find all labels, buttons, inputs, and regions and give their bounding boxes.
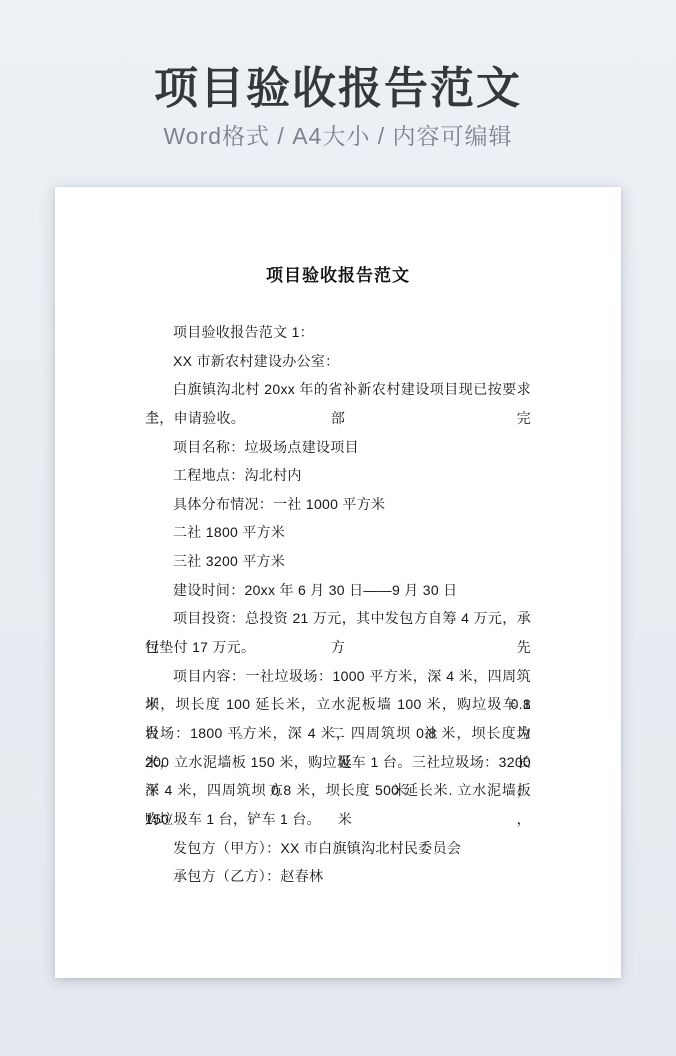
document-line: 米，坝长度 100 延长米，立水泥板墙 100 米，购垃圾车 1 台。二社垃	[145, 690, 531, 719]
document-line: 二社 1800 平方米	[145, 518, 531, 547]
document-title: 项目验收报告范文	[55, 187, 621, 288]
header-banner: 项目验收报告范文 Word格式 / A4大小 / 内容可编辑	[0, 0, 676, 150]
document-line: 白旗镇沟北村 20xx 年的省补新农村建设项目现已按要求全部完	[145, 375, 531, 404]
document-line: 具体分布情况：一社 1000 平方米	[145, 490, 531, 519]
document-line: 项目投资：总投资 21 万元，其中发包方自筹 4 万元，承包方先	[145, 604, 531, 633]
document-line: 项目内容：一社垃圾场：1000 平方米，深 4 米，四周筑坝 0.8	[145, 662, 531, 691]
document-line: 项目验收报告范文 1：	[145, 318, 531, 347]
document-line: 圾场：1800 平方米，深 4 米，四周筑坝 0.8 米，坝长度为 200 延长	[145, 719, 531, 748]
document-line: 项目名称：垃圾场点建设项目	[145, 433, 531, 462]
document-body: 项目验收报告范文 1：XX 市新农村建设办公室：白旗镇沟北村 20xx 年的省补…	[145, 318, 531, 891]
document-line: 工程地点：沟北村内	[145, 461, 531, 490]
document-line: 发包方（甲方）：XX 市白旗镇沟北村民委员会	[145, 834, 531, 863]
document-line: 承包方（乙方）：赵春林	[145, 862, 531, 891]
document-page: 项目验收报告范文 项目验收报告范文 1：XX 市新农村建设办公室：白旗镇沟北村 …	[55, 187, 621, 978]
document-line: 深 4 米，四周筑坝 0.8 米，坝长度 500 延长米. 立水泥墙板 150 …	[145, 776, 531, 805]
document-line: XX 市新农村建设办公室：	[145, 347, 531, 376]
document-line: 米，立水泥墙板 150 米，购垃圾车 1 台。三社垃圾场：3200 平方米，	[145, 748, 531, 777]
template-title: 项目验收报告范文	[0, 64, 676, 114]
template-subtitle: Word格式 / A4大小 / 内容可编辑	[0, 123, 676, 150]
document-line: 建设时间：20xx 年 6 月 30 日——9 月 30 日	[145, 576, 531, 605]
document-line: 三社 3200 平方米	[145, 547, 531, 576]
